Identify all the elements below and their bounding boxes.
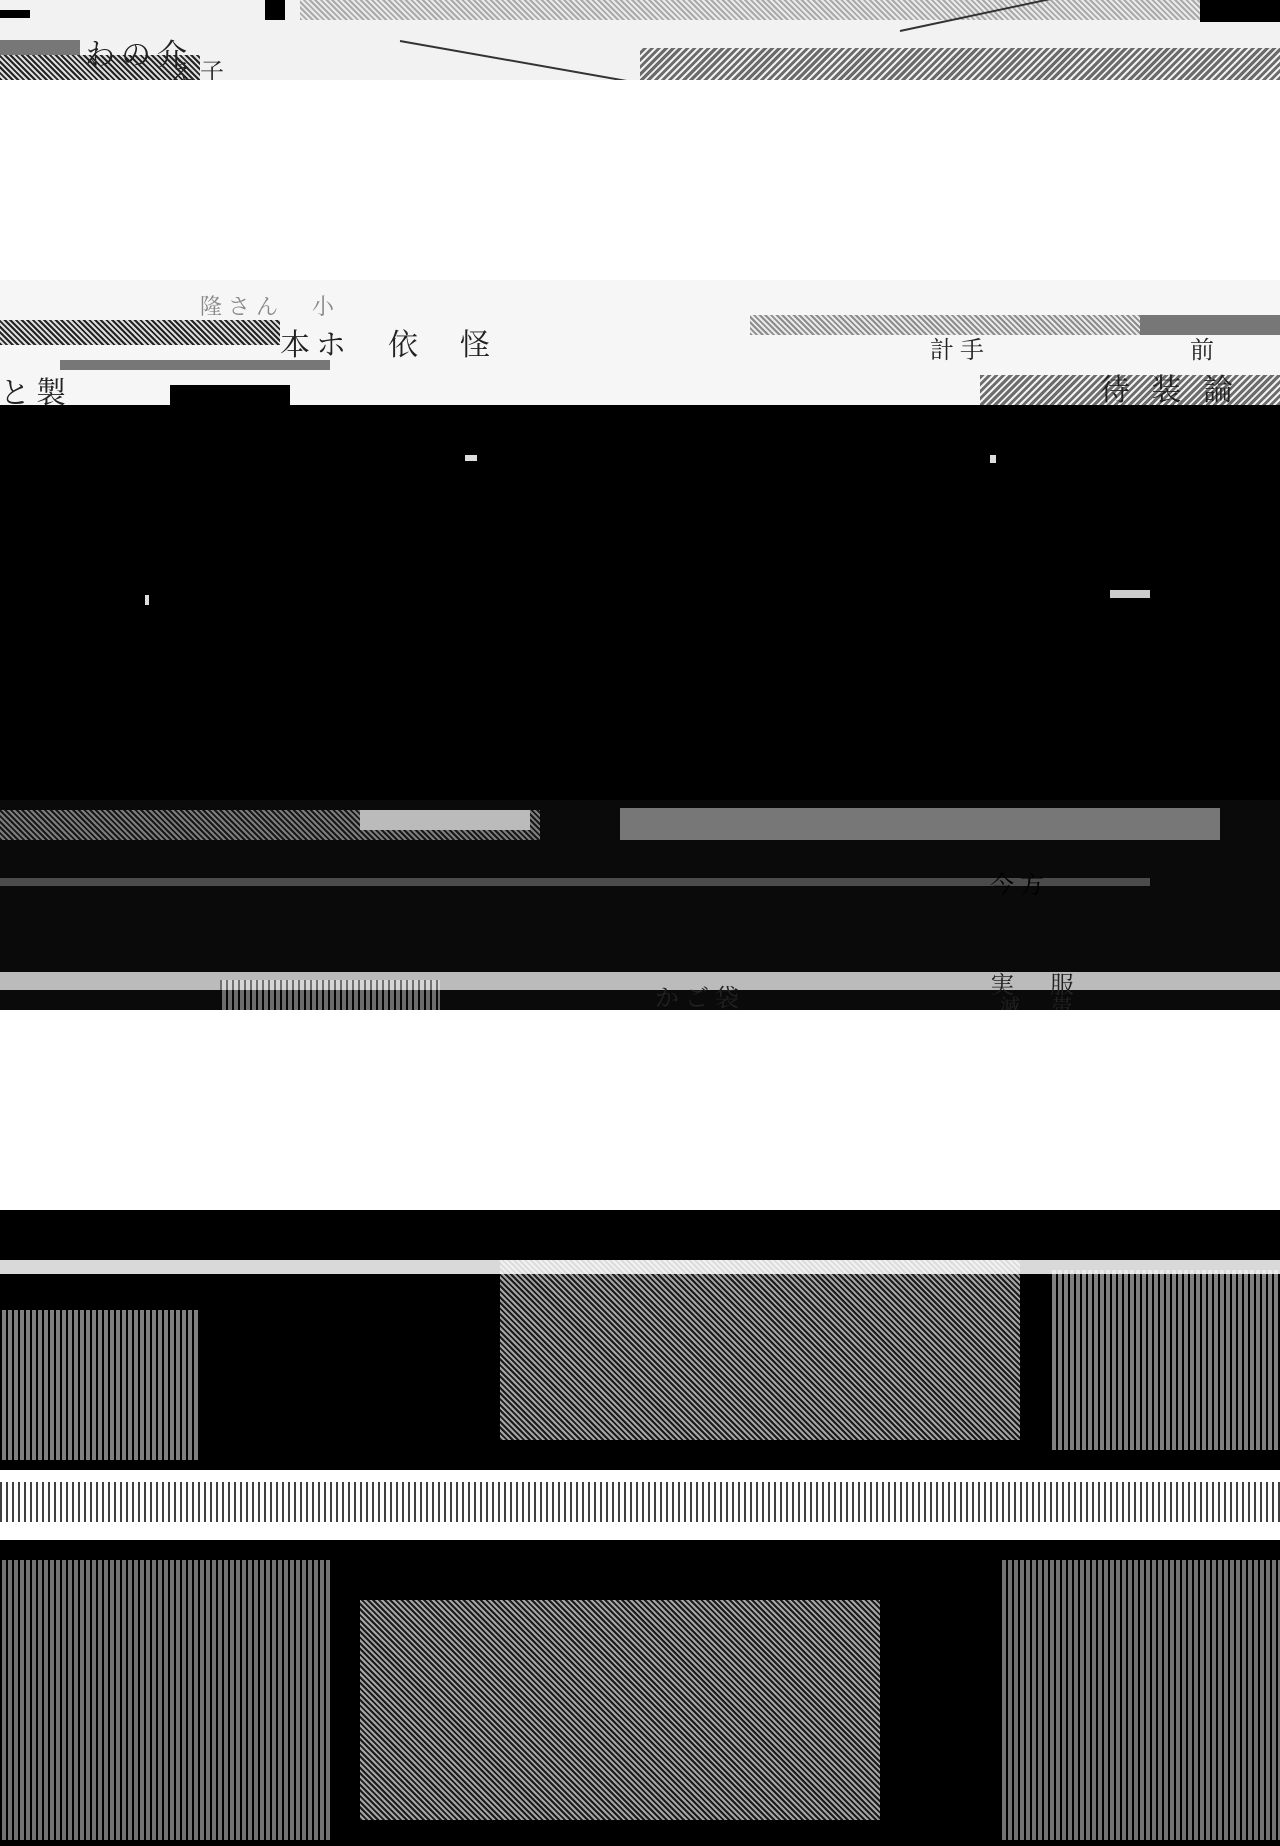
text-fragment: と製 (0, 368, 72, 405)
dialogue-strip: 隆さん 小 本ホ 依 怪 と製 計手 前 待 装 論 (0, 280, 1280, 405)
text-fragment: かご袋 (655, 978, 745, 1010)
screentone (500, 1260, 1020, 1440)
blank-gutter (0, 1010, 1280, 1210)
text-fragment: 今方 (990, 865, 1050, 900)
text-fragment: 本ホ 依 怪 (280, 320, 496, 364)
tone-block (0, 972, 1280, 990)
noise-speck (1110, 590, 1150, 598)
screentone (0, 320, 280, 345)
ink-block (1200, 0, 1280, 22)
screentone (360, 1600, 880, 1820)
text-fragment: 滅 帯 (1000, 990, 1078, 1010)
text-fragment: 待 装 論 (1100, 365, 1239, 405)
ink-block (0, 10, 30, 18)
noise-speck (465, 455, 477, 461)
noise-speck (145, 595, 149, 605)
noise-speck (990, 455, 996, 463)
blank-gutter (0, 80, 1280, 280)
top-panel-strip: わの介 え子 (0, 0, 1280, 80)
screentone (640, 48, 1280, 80)
tone-block (360, 810, 530, 830)
black-glitch-block (0, 405, 1280, 800)
dark-panel-strip: 今方 かご袋 実 服 滅 帯 (0, 800, 1280, 1010)
tone-block (0, 40, 80, 55)
hatching (0, 1560, 330, 1840)
text-fragment: 前 (1190, 330, 1220, 365)
ink-block (265, 0, 285, 20)
tone-block (0, 878, 1150, 886)
noise-divider (0, 1470, 1280, 1540)
hatching (0, 1310, 200, 1460)
hatching (220, 980, 440, 1010)
hatching (0, 1482, 1280, 1522)
dithered-noise-panel-2 (0, 1540, 1280, 1846)
dithered-noise-panel-1 (0, 1210, 1280, 1470)
hatching (1000, 1560, 1280, 1840)
ink-block (170, 385, 290, 405)
tone-block (620, 808, 1220, 840)
hatching (1050, 1270, 1280, 1450)
text-fragment: 計手 (930, 330, 990, 365)
screentone (300, 0, 1280, 20)
text-fragment: 隆さん 小 (200, 290, 340, 321)
white-patch (0, 1260, 1280, 1274)
text-fragment: え子 (170, 52, 230, 80)
